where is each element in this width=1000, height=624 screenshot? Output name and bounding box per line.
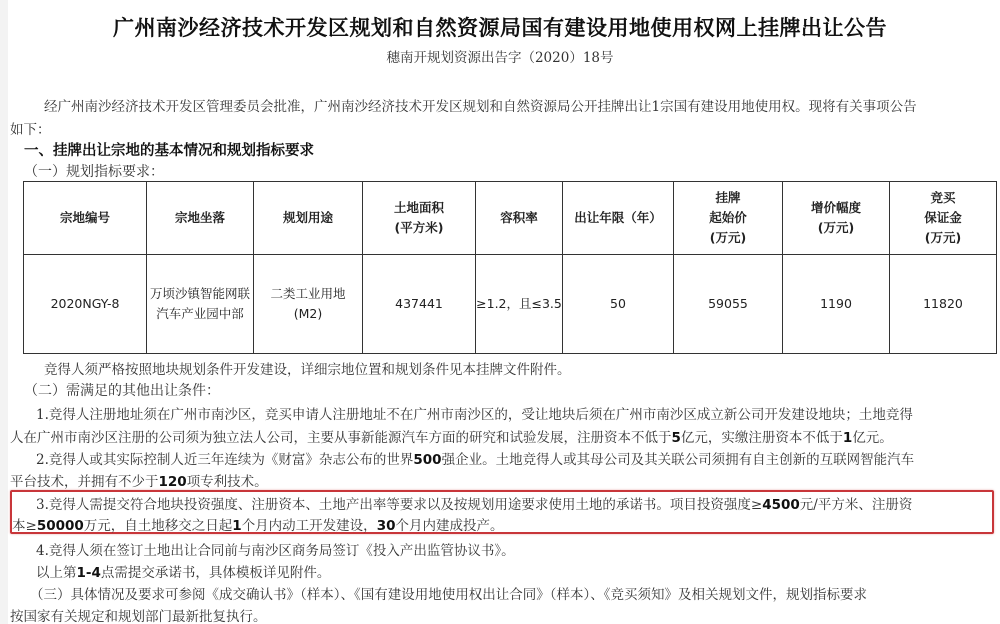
cell-term: 50	[563, 255, 674, 354]
header-increment: 增价幅度(万元)	[783, 182, 890, 255]
subsection-heading-1: （一）规划指标要求：	[24, 161, 164, 181]
header-location: 宗地坐落	[147, 182, 254, 255]
cell-land-area: 437441	[363, 255, 476, 354]
cell-far: ≥1.2，且≤3.5	[476, 255, 563, 354]
header-land-area: 土地面积(平方米)	[363, 182, 476, 255]
condition-3-line1: 3.竞得人需提交符合地块投资强度、注册资本、土地产出率等要求以及按规划用途要求使…	[36, 493, 912, 513]
subsection-3-line2: 按国家有关规定和规划部门最新批复执行。	[10, 605, 267, 624]
cell-parcel-id: 2020NGY-8	[24, 255, 147, 354]
cell-location: 万顷沙镇智能网联汽车产业园中部	[147, 255, 254, 354]
condition-4: 4.竞得人须在签订土地出让合同前与南沙区商务局签订《投入产出监管协议书》。	[36, 539, 515, 559]
document-number: 穗南开规划资源出告字（2020）18号	[0, 46, 1000, 66]
announcement-title: 广州南沙经济技术开发区规划和自然资源局国有建设用地使用权网上挂牌出让公告	[0, 12, 1000, 42]
condition-2-line2: 平台技术，并拥有不少于120项专利技术。	[10, 470, 268, 490]
cell-increment: 1190	[783, 255, 890, 354]
condition-2-line1: 2.竞得人或其实际控制人近三年连续为《财富》杂志公布的世界500强企业。土地竞得…	[36, 448, 914, 468]
header-far: 容积率	[476, 182, 563, 255]
condition-3-line2: 本≥50000万元，自土地移交之日起1个月内动工开发建设，30个月内建成投产。	[12, 514, 503, 534]
intro-paragraph-line2: 如下：	[10, 118, 51, 138]
commitment-note: 以上第1-4点需提交承诺书，具体模板详见附件。	[36, 561, 330, 581]
subsection-3-line1: （三）具体情况及要求可参阅《成交确认书》（样本）、《国有建设用地使用权出让合同》…	[30, 583, 867, 603]
condition-1-line2: 人在广州市南沙区注册的公司须为独立法人公司，主要从事新能源汽车方面的研究和试验发…	[10, 426, 893, 446]
header-deposit: 竞买保证金(万元)	[890, 182, 997, 255]
after-table-note: 竞得人须严格按照地块规划条件开发建设，详细宗地位置和规划条件见本挂牌文件附件。	[44, 358, 571, 378]
cell-deposit: 11820	[890, 255, 997, 354]
page-margin	[0, 0, 8, 624]
condition-1-line1: 1.竞得人注册地址须在广州市南沙区，竞买申请人注册地址不在广州市南沙区的，受让地…	[36, 403, 913, 423]
header-planned-use: 规划用途	[254, 182, 363, 255]
section-heading-1: 一、挂牌出让宗地的基本情况和规划指标要求	[24, 139, 314, 160]
land-parcel-table: 宗地编号 宗地坐落 规划用途 土地面积(平方米) 容积率 出让年限（年） 挂牌起…	[23, 181, 997, 354]
subsection-heading-2: （二）需满足的其他出让条件：	[24, 380, 220, 400]
header-start-price: 挂牌起始价(万元)	[674, 182, 783, 255]
header-parcel-id: 宗地编号	[24, 182, 147, 255]
intro-paragraph-line1: 经广州南沙经济技术开发区管理委员会批准，广州南沙经济技术开发区规划和自然资源局公…	[44, 95, 917, 115]
cell-start-price: 59055	[674, 255, 783, 354]
header-term: 出让年限（年）	[563, 182, 674, 255]
table-row: 2020NGY-8 万顷沙镇智能网联汽车产业园中部 二类工业用地(M2) 437…	[24, 255, 997, 354]
cell-planned-use: 二类工业用地(M2)	[254, 255, 363, 354]
table-header-row: 宗地编号 宗地坐落 规划用途 土地面积(平方米) 容积率 出让年限（年） 挂牌起…	[24, 182, 997, 255]
